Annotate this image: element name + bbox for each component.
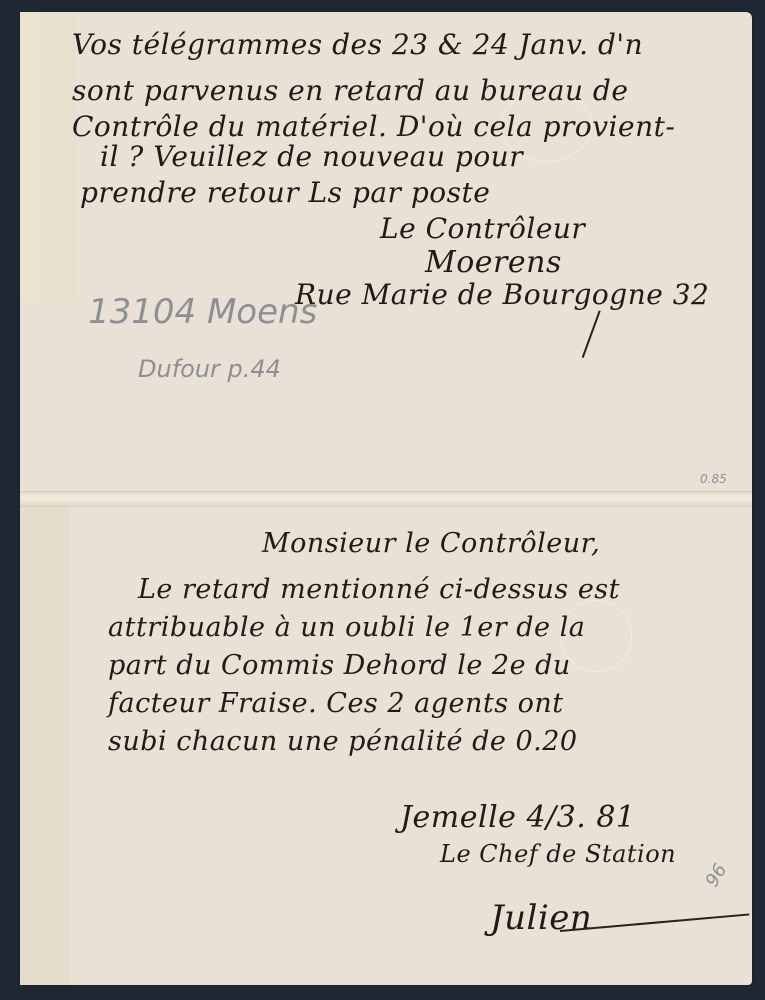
- pencil-fold-note: 0.85: [700, 472, 727, 486]
- upper-line-5: prendre retour Ls par poste: [80, 176, 490, 209]
- upper-line-4: il ? Veuillez de nouveau pour: [100, 140, 523, 173]
- signer-title: Le Chef de Station: [440, 840, 676, 868]
- body-line-2: attribuable à un oubli le 1er de la: [108, 612, 585, 643]
- pencil-catalog: Dufour p.44: [138, 355, 281, 383]
- upper-line-6: Le Contrôleur: [380, 212, 585, 245]
- upper-address: Rue Marie de Bourgogne 32: [295, 278, 709, 311]
- body-line-3: part du Commis Dehord le 2e du: [108, 650, 571, 681]
- body-line-4: facteur Fraise. Ces 2 agents ont: [108, 688, 564, 719]
- signature: Julien: [490, 898, 592, 938]
- upper-line-3: Contrôle du matériel. D'où cela provient…: [72, 110, 675, 143]
- upper-signature: Moerens: [425, 245, 562, 280]
- body-line-5: subi chacun une pénalité de 0.20: [108, 726, 578, 757]
- body-line-1: Le retard mentionné ci-dessus est: [138, 574, 620, 605]
- paper-fold: [20, 491, 752, 507]
- pencil-reference: 13104 Moens: [88, 292, 317, 332]
- paper-edge-strip-lower: [20, 502, 70, 985]
- paper-edge-strip: [20, 12, 75, 302]
- salutation: Monsieur le Contrôleur,: [262, 528, 600, 559]
- place-date: Jemelle 4/3. 81: [400, 800, 636, 835]
- upper-line-1: Vos télégrammes des 23 & 24 Janv. d'n: [72, 28, 643, 61]
- upper-line-2: sont parvenus en retard au bureau de: [72, 74, 628, 107]
